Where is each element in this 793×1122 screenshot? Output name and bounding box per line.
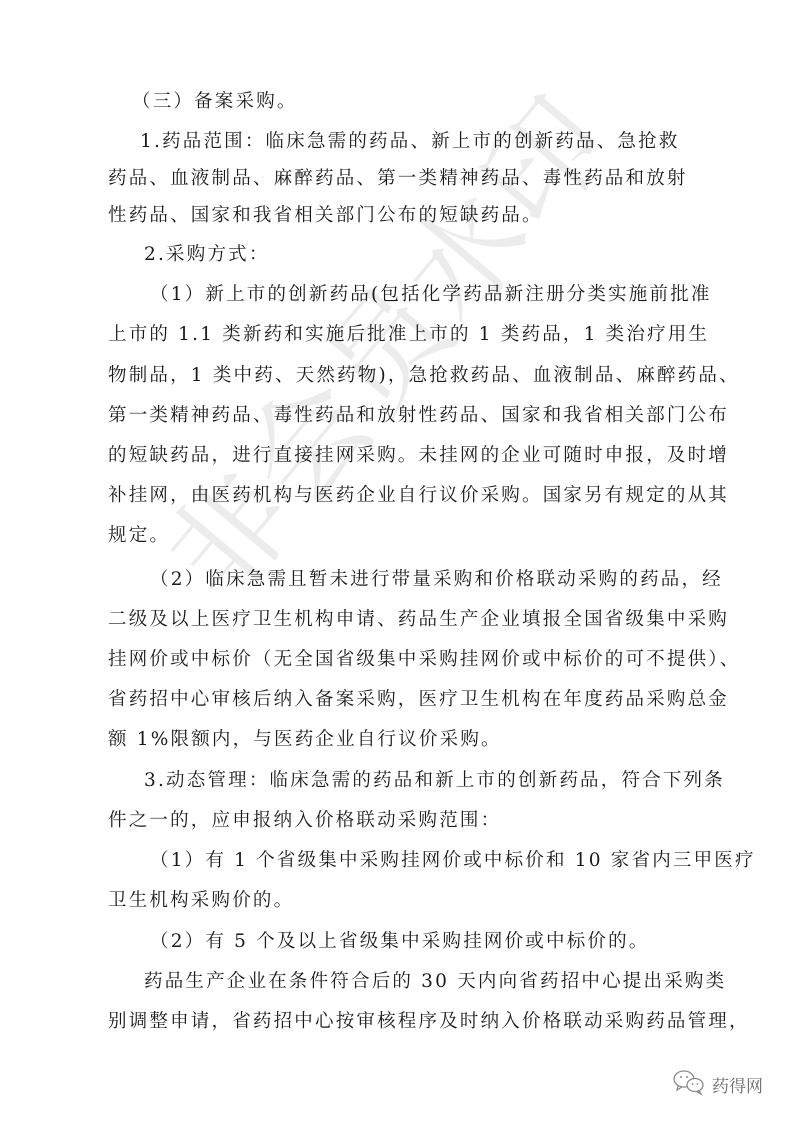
text-line: （1）有 1 个省级集中采购挂网价或中标价和 10 家省内三甲医疗	[150, 847, 693, 875]
text-line: 省药招中心审核后纳入备案采购，医疗卫生机构在年度药品采购总金	[108, 686, 693, 714]
brand-signature: 药得网	[672, 1068, 763, 1101]
text-line: 卫生机构采购价的。	[108, 887, 693, 915]
text-line: 额 1%限额内，与医药企业自行议价采购。	[108, 726, 693, 754]
text-line: （三）备案采购。	[132, 88, 693, 116]
text-line: 药品生产企业在条件符合后的 30 天内向省药招中心提出采购类	[144, 968, 693, 996]
text-line: 挂网价或中标价（无全国省级集中采购挂网价或中标价的可不提供）、	[108, 646, 693, 674]
brand-name: 药得网	[712, 1072, 763, 1097]
text-line: 件之一的，应申报纳入价格联动采购范围：	[108, 807, 693, 835]
text-line: （2）有 5 个及以上省级集中采购挂网价或中标价的。	[150, 928, 693, 956]
document-page: （三）备案采购。1.药品范围：临床急需的药品、新上市的创新药品、急抢救药品、血液…	[0, 0, 793, 1122]
text-line: 二级及以上医疗卫生机构申请、药品生产企业填报全国省级集中采购	[108, 606, 693, 634]
text-line: 3.动态管理：临床急需的药品和新上市的创新药品，符合下列条	[144, 767, 693, 795]
text-line: 别调整申请，省药招中心按审核程序及时纳入价格联动采购药品管理，	[108, 1008, 693, 1036]
wechat-icon	[672, 1068, 706, 1101]
